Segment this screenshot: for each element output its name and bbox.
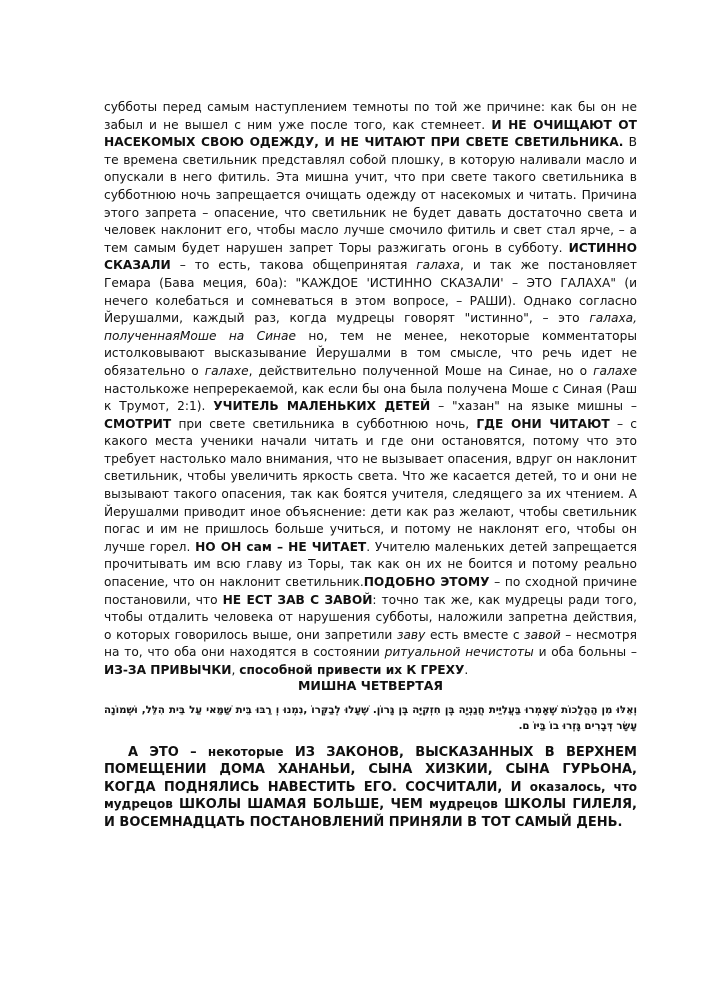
commentary-run-bold: СМОТРИТ <box>104 417 171 431</box>
commentary-paragraph: субботы перед самым наступлением темноты… <box>104 99 637 680</box>
commentary-run: В те времена светильник представлял собо… <box>104 135 637 255</box>
hebrew-mishna-text: וְאֵלּוּ מִן הַהֲלָכוֹת שֶׁאָמְרוּ בַּעֲ… <box>104 703 637 735</box>
commentary-run-italic: заву <box>397 628 425 642</box>
commentary-run-bold: НО ОН сам – НЕ ЧИТАЕТ <box>195 540 366 554</box>
commentary-run-italic: галаха <box>416 258 460 272</box>
commentary-run-bold: УЧИТЕЛЬ МАЛЕНЬКИХ ДЕТЕЙ <box>213 399 430 413</box>
commentary-run-bold: НЕ ЕСТ ЗАВ С ЗАВОЙ <box>223 593 373 607</box>
section-heading: МИШНА ЧЕТВЕРТАЯ <box>104 678 637 693</box>
commentary-run: – с какого места ученики начали читать и… <box>104 417 637 554</box>
commentary-run-italic: галахе <box>593 364 637 378</box>
commentary-run-bold: ИЗ-ЗА ПРИВЫЧКИ <box>104 663 232 677</box>
mishna-translation: А ЭТО – некоторые ИЗ ЗАКОНОВ, ВЫСКАЗАННЫ… <box>104 744 637 831</box>
commentary-run: . <box>464 663 468 677</box>
translation-run-normal: мудрецов <box>429 797 498 811</box>
translation-run: ШКОЛЫ ШАМАЯ БОЛЬШЕ, ЧЕМ <box>173 797 429 812</box>
commentary-run-italic: ритуальной нечистоты <box>385 645 534 659</box>
translation-run: А ЭТО – <box>128 745 208 760</box>
commentary-run-bold: ГДЕ ОНИ ЧИТАЮТ <box>476 417 609 431</box>
commentary-run: и оба больны – <box>534 645 637 659</box>
translation-run-normal: некоторые <box>208 745 284 759</box>
commentary-run: есть вместе с <box>425 628 524 642</box>
commentary-run-italic: галахе <box>205 364 249 378</box>
commentary-run-italic: завой <box>524 628 561 642</box>
commentary-run-bold: ПОДОБНО ЭТОМУ <box>364 575 490 589</box>
commentary-run: , действительно полученной Моше на Синае… <box>249 364 594 378</box>
commentary-run: – то есть, такова общепринятая <box>171 258 416 272</box>
commentary-run-bold: способной привести их К ГРЕХУ <box>239 663 464 677</box>
commentary-run: – "хазан" на языке мишны – <box>430 399 637 413</box>
commentary-block: субботы перед самым наступлением темноты… <box>104 99 637 680</box>
commentary-run: при свете светильника в субботнюю ночь, <box>171 417 476 431</box>
